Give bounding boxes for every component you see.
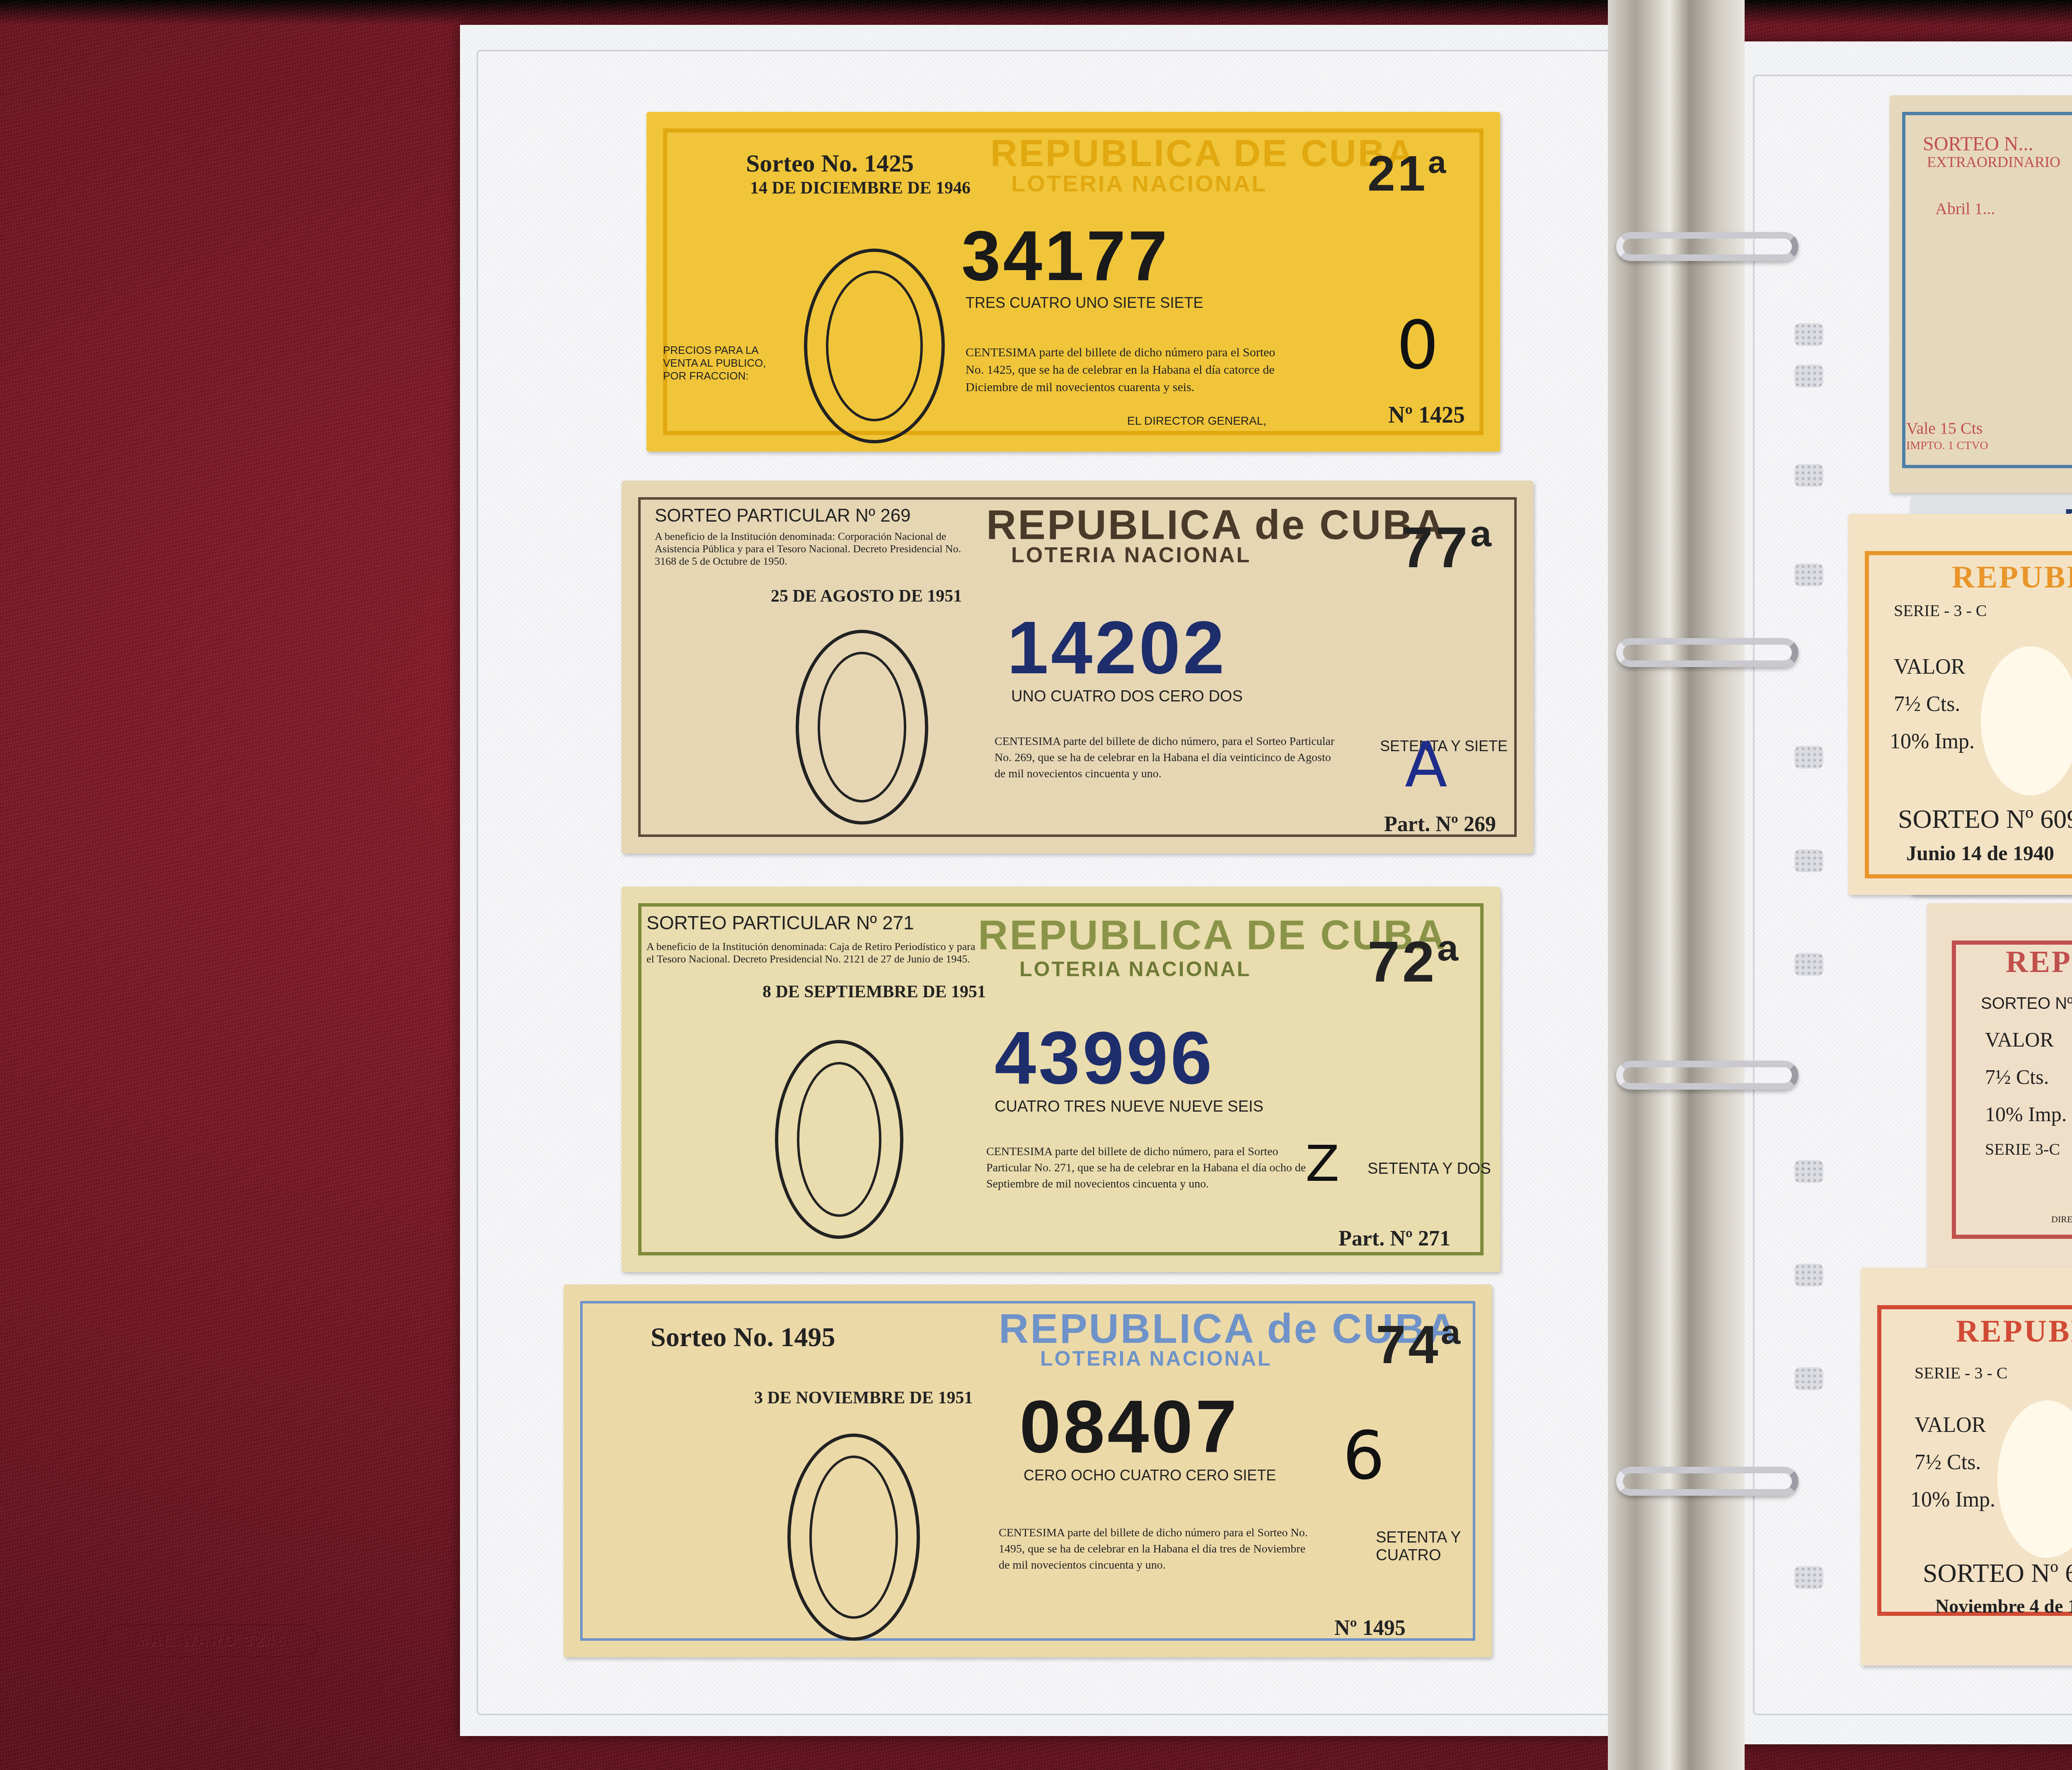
series-words: SETENTA Y CUATRO <box>1376 1529 1492 1564</box>
punch-hole <box>1794 746 1823 769</box>
lottery-ticket-761[interactable]: REPUBLIC... SORTEO Nº 761 VALOR 7½ Cts. … <box>1927 903 2072 1268</box>
sorteo-label: Sorteo No. 1425 <box>746 149 914 178</box>
draw-date: 14 DE DICIEMBRE DE 1946 <box>750 178 971 198</box>
series-number: 77ª <box>1401 514 1494 581</box>
draw-date: Noviembre 4 de 1940 <box>1935 1595 2072 1617</box>
serial-number: Part. Nº 271 <box>1339 1226 1450 1251</box>
ticket-header: REPUBLICA de CUBA <box>986 501 1446 549</box>
number-words: CERO OCHO CUATRO CERO SIETE <box>1024 1467 1276 1484</box>
benefit-text: A beneficio de la Institución denominada… <box>655 530 970 568</box>
sorteo-label: SORTEO Nº 761 <box>1981 994 2072 1013</box>
fraction-text: CENTESIMA parte del billete de dicho núm… <box>986 1144 1310 1192</box>
punch-hole <box>1794 464 1823 487</box>
director-label: EL DIRECTOR GENERAL, <box>1127 414 1266 428</box>
stamp-mark: Z <box>1305 1135 1339 1193</box>
serial-number: Nº 1425 <box>1388 402 1465 428</box>
top-shadow <box>0 0 2072 25</box>
punch-hole <box>1794 1160 1823 1183</box>
punch-hole <box>1794 849 1823 872</box>
fraction-text: CENTESIMA parte del billete de dicho núm… <box>999 1525 1314 1574</box>
ticket-tax: IMPTO. 1 CTVO <box>1906 439 1988 452</box>
ticket-header: REPUBLICA DE CUBA <box>1952 559 2072 595</box>
lottery-seal-icon <box>796 630 928 825</box>
punch-hole <box>1794 323 1823 346</box>
lottery-seal-icon <box>804 249 945 443</box>
ticket-number: 34177 <box>961 215 1170 297</box>
lottery-ticket-34177[interactable]: REPUBLICA DE CUBA LOTERIA NACIONAL Sorte… <box>646 112 1500 452</box>
draw-date: 25 DE AGOSTO DE 1951 <box>771 586 962 606</box>
ticket-tax: 10% Imp. <box>1890 729 1975 754</box>
series-label: SERIE - 3 - C <box>1894 601 1987 620</box>
ticket-number: 43996 <box>995 1015 1215 1101</box>
lottery-ticket-933[interactable]: REPUBLICA DE CUBA LOTERIA NACIONAL SORTE… <box>1861 1268 2072 1666</box>
lottery-ticket-14202[interactable]: REPUBLICA de CUBA LOTERIA NACIONAL SORTE… <box>622 481 1533 854</box>
value-label: VALOR <box>1894 655 1965 679</box>
sorteo-label-bottom: SORTEO Nº 695 <box>1923 1558 2072 1589</box>
draw-date: Junio 14 de 1940 <box>1906 841 2054 865</box>
series-label: SERIE 3-C <box>1985 1139 2060 1159</box>
sorteo-label: Sorteo No. 1495 <box>651 1322 835 1353</box>
sorteo-label-bottom: SORTEO Nº 609 <box>1898 804 2072 834</box>
ticket-number: 08407 <box>1019 1384 1239 1470</box>
serial-number: Nº 1495 <box>1334 1616 1406 1640</box>
ticket-subheader: LOTERIA NACIONAL <box>1040 1347 1272 1371</box>
number-words: UNO CUATRO DOS CERO DOS <box>1011 688 1243 706</box>
sorteo-label: SORTEO PARTICULAR Nº 271 <box>646 912 914 934</box>
price-info: PRECIOS PARA LA VENTA AL PUBLICO, POR FR… <box>663 344 771 382</box>
binder-ring[interactable] <box>1616 1467 1798 1496</box>
ticket-subheader: LOTERIA NACIONAL <box>1011 543 1251 568</box>
ticket-subheader: LOTERIA NACIONAL <box>1011 170 1268 197</box>
punch-hole <box>1794 1367 1823 1390</box>
number-words: TRES CUATRO UNO SIETE SIETE <box>966 294 1203 312</box>
lottery-seal-icon <box>775 1040 903 1239</box>
fraction-text: CENTESIMA parte del billete de dicho núm… <box>995 733 1339 782</box>
binder-spine <box>1608 0 1745 1770</box>
binder-ring[interactable] <box>1616 1061 1798 1090</box>
ticket-header: SORTEO N... <box>1923 133 2033 155</box>
ticket-value: 7½ Cts. <box>1985 1065 2049 1089</box>
draw-date: 8 DE SEPTIEMBRE DE 1951 <box>762 982 986 1002</box>
binder-ring[interactable] <box>1616 232 1798 261</box>
draw-date: Abril 1... <box>1935 199 1995 218</box>
punch-hole <box>1794 365 1823 387</box>
sorteo-label: SORTEO PARTICULAR Nº 269 <box>655 505 911 526</box>
serial-number: Part. Nº 269 <box>1384 812 1496 837</box>
ticket-value: 7½ Cts. <box>1894 692 1960 716</box>
series-number: 72ª <box>1368 928 1461 995</box>
stamp-mark: A <box>1405 729 1447 801</box>
lottery-ticket-extraordinario[interactable]: SORTEO N... EXTRAORDINARIO Abril 1... Va… <box>1890 95 2072 493</box>
benefit-text: A beneficio de la Institución denominada… <box>646 941 978 965</box>
punch-hole <box>1794 563 1823 586</box>
number-words: CUATRO TRES NUEVE NUEVE SEIS <box>995 1098 1264 1116</box>
value-label: VALOR <box>1915 1413 1986 1437</box>
fraction-text: CENTESIMA parte del billete de dicho núm… <box>966 344 1289 396</box>
embossed-brand: MAL WARO 3246 <box>104 1624 319 1657</box>
lottery-ticket-08407[interactable]: REPUBLICA de CUBA LOTERIA NACIONAL Sorte… <box>564 1284 1492 1657</box>
handwritten-mark: 6 <box>1343 1417 1385 1494</box>
punch-hole <box>1794 1566 1823 1589</box>
ticket-tax: 10% Imp. <box>1910 1487 1995 1512</box>
ticket-header: REPUBLIC... <box>2006 945 2072 980</box>
lottery-ticket-281[interactable]: REPUBLICA DE CUBA LOTERIA NACIONAL SORTE… <box>1848 514 2072 895</box>
value-label: VALOR <box>1985 1028 2054 1052</box>
binder-ring[interactable] <box>1616 638 1798 667</box>
ticket-subheader: LOTERIA NACIONAL <box>1019 957 1251 981</box>
lottery-ticket-43996[interactable]: REPUBLICA DE CUBA LOTERIA NACIONAL SORTE… <box>622 887 1500 1272</box>
ticket-header: REPUBLICA DE CUBA <box>990 133 1415 175</box>
ticket-tax: 10% Imp. <box>1985 1102 2067 1126</box>
handwritten-mark: 0 <box>1397 307 1439 384</box>
director-label: DIRECTOR GENERAL <box>2051 1214 2072 1225</box>
ticket-subheader: EXTRAORDINARIO <box>1927 153 2060 171</box>
series-number: 21ª <box>1368 145 1449 202</box>
punch-hole <box>1794 953 1823 976</box>
lottery-seal-icon <box>787 1434 920 1641</box>
punch-hole <box>1794 1264 1823 1286</box>
ticket-header: REPUBLICA DE CUBA <box>1956 1313 2072 1349</box>
draw-date: 3 DE NOVIEMBRE DE 1951 <box>754 1388 973 1408</box>
series-label: SERIE - 3 - C <box>1915 1363 2007 1383</box>
series-words: SETENTA Y DOS <box>1368 1160 1491 1178</box>
ticket-value: Vale 15 Cts <box>1906 418 1982 438</box>
ticket-value: 7½ Cts. <box>1915 1450 1981 1475</box>
ticket-number: 14202 <box>1007 605 1227 691</box>
series-number: 74ª <box>1376 1313 1463 1376</box>
